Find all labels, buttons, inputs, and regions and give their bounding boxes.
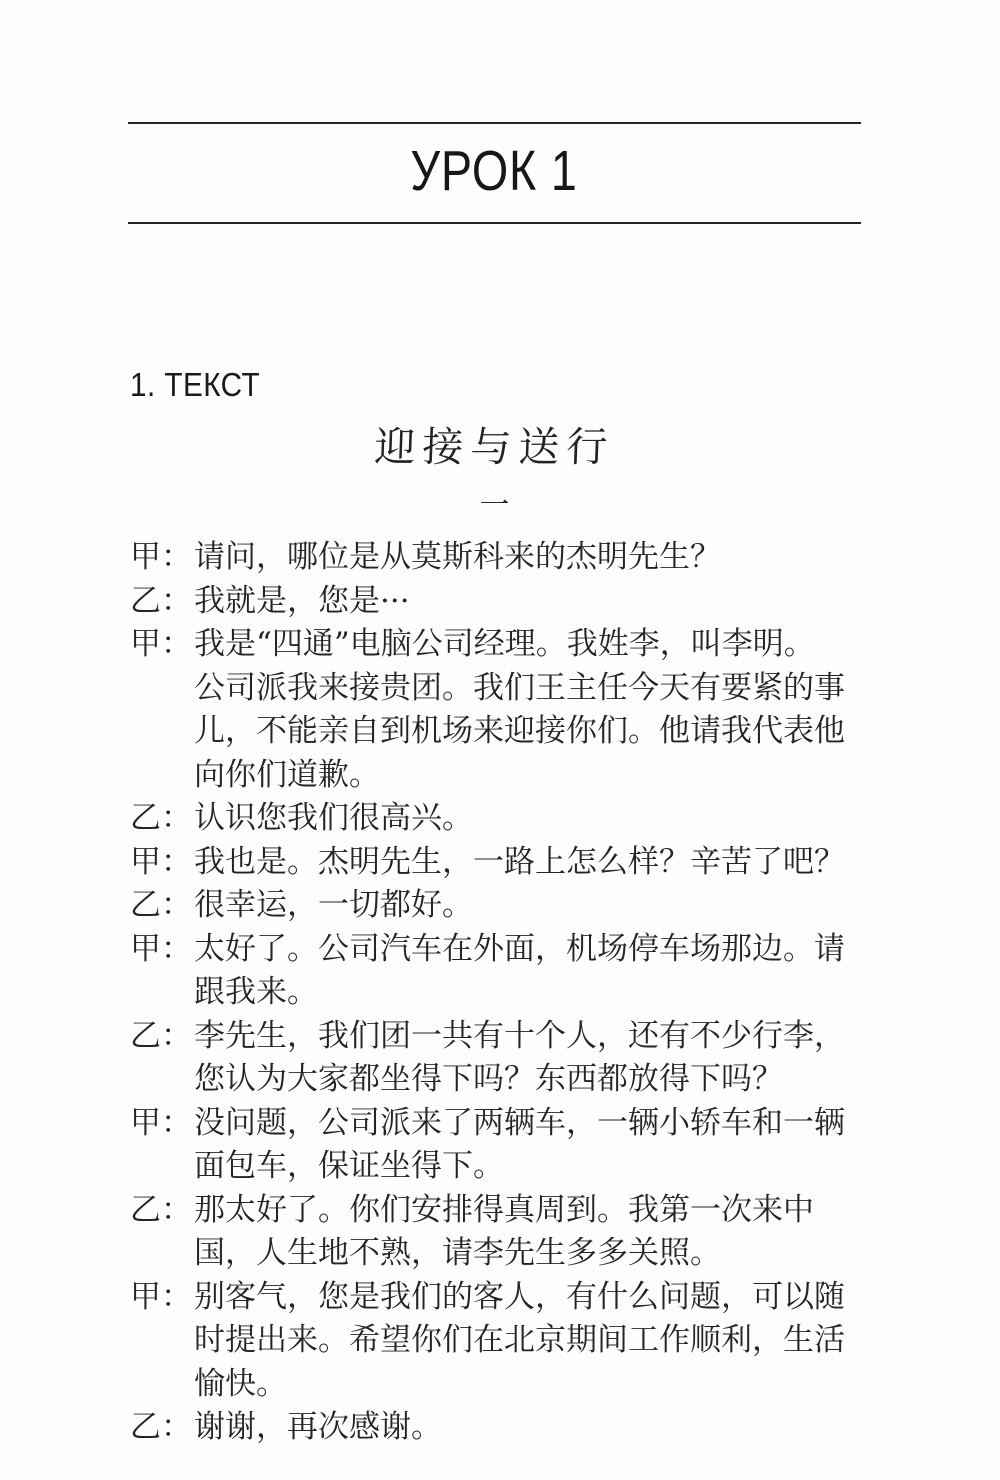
section-label: 1. ТЕКСТ — [130, 366, 275, 404]
dialogue-block: 甲： 请问，哪位是从莫斯科来的杰明先生？ 乙： 我就是，您是··· 甲： 我是“… — [130, 536, 870, 1450]
speaker-label: 甲： — [130, 623, 194, 667]
speaker-label: 甲： — [130, 1102, 194, 1146]
speaker-label: 甲： — [130, 1276, 194, 1320]
turn-text: 别客气，您是我们的客人，有什么问题，可以随 时提出来。希望你们在北京期间工作顺利… — [194, 1276, 870, 1407]
turn-text: 请问，哪位是从莫斯科来的杰明先生？ — [194, 536, 870, 580]
speaker-label: 乙： — [130, 1015, 194, 1059]
turn-text: 那太好了。你们安排得真周到。我第一次来中 国，人生地不熟，请李先生多多关照。 — [194, 1189, 870, 1276]
section-label-text: 1. ТЕКСТ — [130, 366, 260, 404]
part-number-marker: 一 — [128, 480, 861, 524]
speaker-label: 乙： — [130, 797, 194, 841]
dialogue-turn: 乙： 李先生，我们团一共有十个人，还有不少行李， 您认为大家都坐得下吗？东西都放… — [130, 1015, 870, 1102]
lesson-title-text: УРОК 1 — [411, 141, 578, 201]
turn-text: 我就是，您是··· — [194, 580, 870, 624]
turn-text: 没问题，公司派来了两辆车，一辆小轿车和一辆 面包车，保证坐得下。 — [194, 1102, 870, 1189]
dialogue-turn: 甲： 没问题，公司派来了两辆车，一辆小轿车和一辆 面包车，保证坐得下。 — [130, 1102, 870, 1189]
header-rule-bottom — [128, 222, 861, 224]
lesson-title: УРОК 1 — [128, 141, 861, 201]
chinese-text-title: 迎接与送行 — [127, 414, 862, 473]
dialogue-turn: 乙： 很幸运，一切都好。 — [130, 884, 870, 928]
speaker-label: 甲： — [130, 928, 194, 972]
dialogue-turn: 乙： 那太好了。你们安排得真周到。我第一次来中 国，人生地不熟，请李先生多多关照… — [130, 1189, 870, 1276]
speaker-label: 乙： — [130, 1406, 194, 1450]
dialogue-turn: 甲： 请问，哪位是从莫斯科来的杰明先生？ — [130, 536, 870, 580]
speaker-label: 乙： — [130, 1189, 194, 1233]
turn-text: 很幸运，一切都好。 — [194, 884, 870, 928]
speaker-label: 乙： — [130, 580, 194, 624]
dialogue-turn: 乙： 我就是，您是··· — [130, 580, 870, 624]
scanned-textbook-page: УРОК 1 1. ТЕКСТ 迎接与送行 一 甲： 请问，哪位是从莫斯科来的杰… — [0, 0, 1000, 1480]
dialogue-turn: 乙： 谢谢，再次感谢。 — [130, 1406, 870, 1450]
dialogue-turn: 乙： 认识您我们很高兴。 — [130, 797, 870, 841]
dialogue-turn: 甲： 太好了。公司汽车在外面，机场停车场那边。请 跟我来。 — [130, 928, 870, 1015]
dialogue-turn: 甲： 我也是。杰明先生，一路上怎么样？辛苦了吧？ — [130, 841, 870, 885]
turn-text: 认识您我们很高兴。 — [194, 797, 870, 841]
turn-text: 太好了。公司汽车在外面，机场停车场那边。请 跟我来。 — [194, 928, 870, 1015]
header-rule-top — [128, 122, 861, 124]
turn-text: 李先生，我们团一共有十个人，还有不少行李， 您认为大家都坐得下吗？东西都放得下吗… — [194, 1015, 870, 1102]
turn-text: 我是“四通”电脑公司经理。我姓李，叫李明。 公司派我来接贵团。我们王主任今天有要… — [194, 623, 870, 797]
turn-text: 谢谢，再次感谢。 — [194, 1406, 870, 1450]
dialogue-turn: 甲： 别客气，您是我们的客人，有什么问题，可以随 时提出来。希望你们在北京期间工… — [130, 1276, 870, 1407]
speaker-label: 甲： — [130, 841, 194, 885]
dialogue-turn: 甲： 我是“四通”电脑公司经理。我姓李，叫李明。 公司派我来接贵团。我们王主任今… — [130, 623, 870, 797]
speaker-label: 甲： — [130, 536, 194, 580]
speaker-label: 乙： — [130, 884, 194, 928]
turn-text: 我也是。杰明先生，一路上怎么样？辛苦了吧？ — [194, 841, 870, 885]
